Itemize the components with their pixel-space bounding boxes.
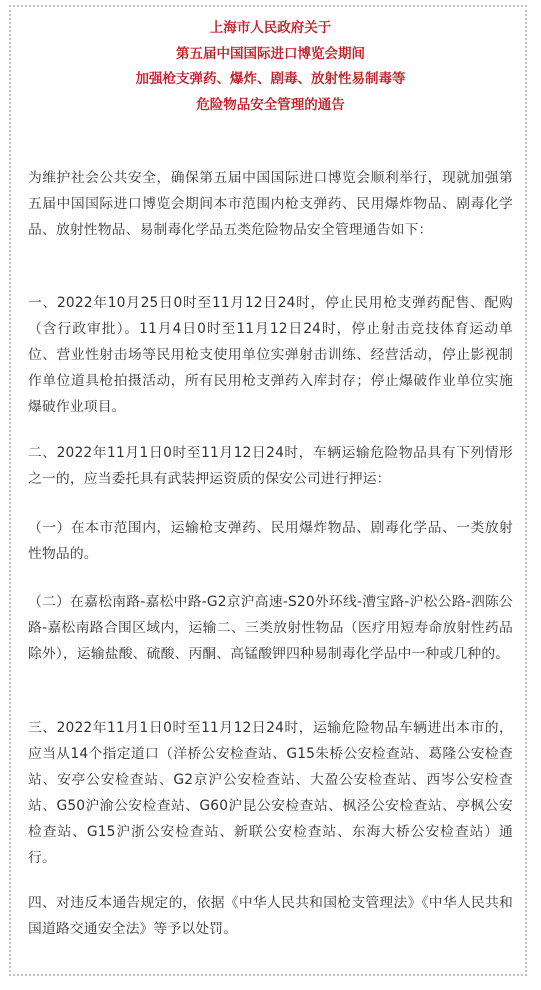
- section-2-item-2: （二）在嘉松南路-嘉松中路-G2京沪高速-S20外环线-漕宝路-沪松公路-泗陈公…: [28, 589, 513, 667]
- section-1-paragraph: 一、2022年10月25日0时至11月12日24时，停止民用枪支弹药配售、配购（…: [28, 290, 513, 420]
- section-2-paragraph: 二、2022年11月1日0时至11月12日24时，车辆运输危险物品具有下列情形之…: [28, 440, 513, 492]
- title-line-3: 加强枪支弹药、爆炸、剧毒、放射性易制毒等: [0, 67, 541, 93]
- intro-paragraph: 为维护社会公共安全，确保第五届中国国际进口博览会顺利举行，现就加强第五届中国国际…: [28, 165, 513, 243]
- title-line-1: 上海市人民政府关于: [0, 16, 541, 42]
- section-3-paragraph: 三、2022年11月1日0时至11月12日24时，运输危险物品车辆进出本市的，应…: [28, 715, 513, 871]
- section-4-paragraph: 四、对违反本通告规定的，依据《中华人民共和国枪支管理法》《中华人民共和国道路交通…: [28, 890, 513, 942]
- section-2-item-1: （一）在本市范围内，运输枪支弹药、民用爆炸物品、剧毒化学品、一类放射性物品的。: [28, 515, 513, 567]
- notice-title: 上海市人民政府关于 第五届中国国际进口博览会期间 加强枪支弹药、爆炸、剧毒、放射…: [0, 16, 541, 118]
- title-line-4: 危险物品安全管理的通告: [0, 93, 541, 119]
- title-line-2: 第五届中国国际进口博览会期间: [0, 42, 541, 68]
